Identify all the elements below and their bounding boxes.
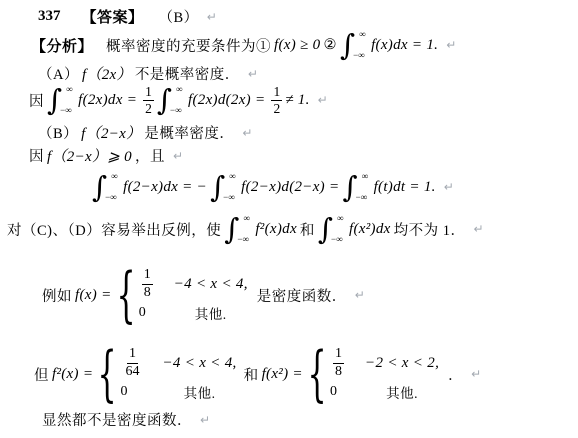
upper-limit: ∞ bbox=[362, 172, 373, 181]
integral-limits: ∞−∞ bbox=[333, 214, 348, 244]
condition-1-math: f(x) ≥ 0 bbox=[274, 37, 320, 54]
numerator: 1 bbox=[142, 267, 153, 284]
denominator: 64 bbox=[123, 364, 141, 380]
counterexample-line: 但 f²(x) = { 164 −4 < x < 4, 0 其他. 和 f(x²… bbox=[34, 336, 481, 412]
integral-sign: ∫∞−∞ bbox=[210, 172, 240, 203]
piecewise-value-2: 0 bbox=[330, 384, 337, 400]
analysis-text-1: 概率密度的充要条件为① bbox=[106, 35, 271, 56]
integral-sign: ∫∞−∞ bbox=[340, 30, 370, 61]
option-a-proof-line: 因 ∫∞−∞ f(2x)dx = 12 ∫∞−∞ f(2x)d(2x) = 12… bbox=[29, 82, 328, 118]
integral-sign: ∫∞−∞ bbox=[224, 214, 254, 245]
example-tail: 是密度函数． bbox=[257, 285, 347, 306]
lower-limit: −∞ bbox=[356, 193, 373, 202]
left-brace: { bbox=[307, 346, 326, 402]
integral-limits: ∞−∞ bbox=[358, 172, 373, 202]
lower-limit: −∞ bbox=[170, 106, 187, 115]
numerator: 1 bbox=[271, 84, 282, 101]
equation-part-2: f(2−x)d(2−x) = bbox=[241, 179, 339, 196]
premise-math: f（2−x）⩾ 0 bbox=[47, 145, 132, 166]
option-b-premise-line: 因 f（2−x）⩾ 0 ，且 ↵ bbox=[29, 145, 183, 166]
fraction-one-half: 12 bbox=[271, 84, 282, 116]
option-b-label: （B） bbox=[38, 122, 78, 143]
analysis-label: 【分析】 bbox=[31, 35, 93, 56]
integral-sign: ∫∞−∞ bbox=[92, 172, 122, 203]
denominator: 2 bbox=[271, 101, 282, 117]
equation-part-2: f(2x)d(2x) = bbox=[188, 92, 265, 109]
because-text: 因 bbox=[29, 145, 44, 166]
condition-2-math: f(x)dx = 1. bbox=[371, 37, 438, 54]
option-b-math: f（2−x） bbox=[81, 122, 141, 143]
cd-math-1: f²(x)dx bbox=[255, 221, 297, 238]
option-a-math: f（2x） bbox=[82, 63, 132, 84]
upper-limit: ∞ bbox=[359, 30, 370, 39]
piecewise-cond-1: −4 < x < 4, bbox=[162, 355, 236, 372]
counterexample-lead: 但 bbox=[34, 364, 49, 385]
denominator: 2 bbox=[143, 101, 154, 117]
piecewise-cond-1: −2 < x < 2, bbox=[365, 355, 439, 372]
integral-limits: ∞−∞ bbox=[239, 214, 254, 244]
option-b-text: 是概率密度． bbox=[144, 122, 234, 143]
answer-line: 337 【答案】 （B） ↵ bbox=[38, 6, 217, 27]
lower-limit: −∞ bbox=[105, 193, 122, 202]
conclusion-text: 显然都不是密度函数． bbox=[42, 409, 192, 430]
option-b-proof-line: ∫∞−∞ f(2−x)dx = − ∫∞−∞ f(2−x)d(2−x) = ∫∞… bbox=[92, 167, 454, 207]
because-text: 因 bbox=[29, 90, 44, 111]
option-b-line: （B） f（2−x） 是概率密度． ↵ bbox=[38, 122, 252, 143]
option-a-line: （A） f（2x） 不是概率密度． ↵ bbox=[38, 63, 258, 84]
piecewise-rows: 164 −4 < x < 4, 0 其他. bbox=[120, 346, 236, 401]
answer-label: 【答案】 bbox=[82, 6, 144, 27]
paragraph-mark-icon: ↵ bbox=[444, 180, 454, 194]
upper-limit: ∞ bbox=[111, 172, 122, 181]
premise-suffix: ，且 bbox=[135, 145, 165, 166]
options-cd-line: 对（C)、（D）容易举出反例，使 ∫∞−∞ f²(x)dx 和 ∫∞−∞ f(x… bbox=[7, 209, 484, 249]
paragraph-mark-icon: ↵ bbox=[473, 222, 483, 236]
left-brace: { bbox=[98, 346, 117, 402]
integral-limits: ∞−∞ bbox=[62, 85, 77, 115]
cd-text-1: 对（C)、（D）容易举出反例，使 bbox=[7, 219, 221, 240]
paragraph-mark-icon: ↵ bbox=[248, 67, 258, 81]
piecewise-fx: { 18 −4 < x < 4, 0 其他. bbox=[115, 267, 248, 323]
document-page: 337 【答案】 （B） ↵ 【分析】 概率密度的充要条件为① f(x) ≥ 0… bbox=[0, 0, 578, 438]
lower-limit: −∞ bbox=[353, 51, 370, 60]
lower-limit: −∞ bbox=[223, 193, 240, 202]
piecewise-rows: 18 −2 < x < 2, 0 其他. bbox=[330, 346, 439, 401]
equation-part-1: f(2−x)dx = − bbox=[123, 179, 207, 196]
piecewise-value-2: 0 bbox=[120, 384, 127, 400]
integral-limits: ∞−∞ bbox=[172, 85, 187, 115]
integral-sign: ∫∞−∞ bbox=[318, 214, 348, 245]
analysis-text-2: ② bbox=[323, 37, 337, 54]
piecewise-value-2: 0 bbox=[139, 305, 146, 321]
piecewise-cond-1: −4 < x < 4, bbox=[174, 276, 248, 293]
example-lhs: f(x) = bbox=[75, 287, 112, 304]
piecewise-cond-2: 其他. bbox=[184, 382, 216, 402]
integral-limits: ∞−∞ bbox=[355, 30, 370, 60]
cd-math-2: f(x²)dx bbox=[349, 221, 391, 238]
paragraph-mark-icon: ↵ bbox=[471, 367, 481, 381]
lower-limit: −∞ bbox=[60, 106, 77, 115]
piecewise-rows: 18 −4 < x < 4, 0 其他. bbox=[139, 267, 248, 322]
upper-limit: ∞ bbox=[66, 85, 77, 94]
counterexample-lhs-1: f²(x) = bbox=[52, 366, 93, 383]
equation-part-3: f(t)dt = 1. bbox=[374, 179, 436, 196]
cd-text-2: 和 bbox=[300, 219, 315, 240]
piecewise-cond-2: 其他. bbox=[195, 303, 227, 323]
paragraph-mark-icon: ↵ bbox=[355, 288, 365, 302]
numerator: 1 bbox=[127, 346, 138, 363]
left-brace: { bbox=[116, 267, 135, 323]
integral-limits: ∞−∞ bbox=[225, 172, 240, 202]
piecewise-fx2: { 18 −2 < x < 2, 0 其他. bbox=[306, 346, 439, 402]
problem-number: 337 bbox=[38, 8, 61, 25]
upper-limit: ∞ bbox=[337, 214, 348, 223]
upper-limit: ∞ bbox=[176, 85, 187, 94]
paragraph-mark-icon: ↵ bbox=[200, 413, 210, 427]
example-lead: 例如 bbox=[42, 285, 72, 306]
integral-sign: ∫∞−∞ bbox=[342, 172, 372, 203]
answer-value: （B） bbox=[159, 6, 199, 27]
cd-text-3: 均不为 1． bbox=[394, 219, 466, 240]
piecewise-cond-2: 其他. bbox=[386, 382, 418, 402]
fraction-one-half: 12 bbox=[143, 84, 154, 116]
numerator: 1 bbox=[333, 346, 344, 363]
numerator: 1 bbox=[143, 84, 154, 101]
lower-limit: −∞ bbox=[237, 235, 254, 244]
lower-limit: −∞ bbox=[331, 235, 348, 244]
paragraph-mark-icon: ↵ bbox=[318, 93, 328, 107]
equation-part-1: f(2x)dx = bbox=[78, 92, 137, 109]
integral-limits: ∞−∞ bbox=[107, 172, 122, 202]
denominator: 8 bbox=[142, 285, 153, 301]
analysis-line: 【分析】 概率密度的充要条件为① f(x) ≥ 0 ② ∫∞−∞ f(x)dx … bbox=[31, 28, 456, 62]
counterexample-mid: 和 bbox=[244, 364, 259, 385]
paragraph-mark-icon: ↵ bbox=[242, 126, 252, 140]
piecewise-f2x: { 164 −4 < x < 4, 0 其他. bbox=[96, 346, 236, 402]
upper-limit: ∞ bbox=[243, 214, 254, 223]
paragraph-mark-icon: ↵ bbox=[207, 10, 217, 24]
integral-sign: ∫∞−∞ bbox=[47, 85, 77, 116]
piecewise-value-1: 18 bbox=[142, 267, 153, 300]
piecewise-value-1: 164 bbox=[123, 346, 141, 379]
paragraph-mark-icon: ↵ bbox=[446, 38, 456, 52]
equation-tail: ≠ 1. bbox=[285, 92, 309, 109]
upper-limit: ∞ bbox=[229, 172, 240, 181]
denominator: 8 bbox=[333, 364, 344, 380]
counterexample-tail: ． bbox=[448, 364, 463, 385]
paragraph-mark-icon: ↵ bbox=[173, 149, 183, 163]
counterexample-lhs-2: f(x²) = bbox=[262, 366, 303, 383]
integral-sign: ∫∞−∞ bbox=[157, 85, 187, 116]
example-fx-line: 例如 f(x) = { 18 −4 < x < 4, 0 其他. 是密度函数． … bbox=[42, 258, 365, 332]
piecewise-value-1: 18 bbox=[333, 346, 344, 379]
option-a-label: （A） bbox=[38, 63, 79, 84]
option-a-text: 不是概率密度． bbox=[135, 63, 240, 84]
conclusion-line: 显然都不是密度函数． ↵ bbox=[42, 409, 210, 430]
